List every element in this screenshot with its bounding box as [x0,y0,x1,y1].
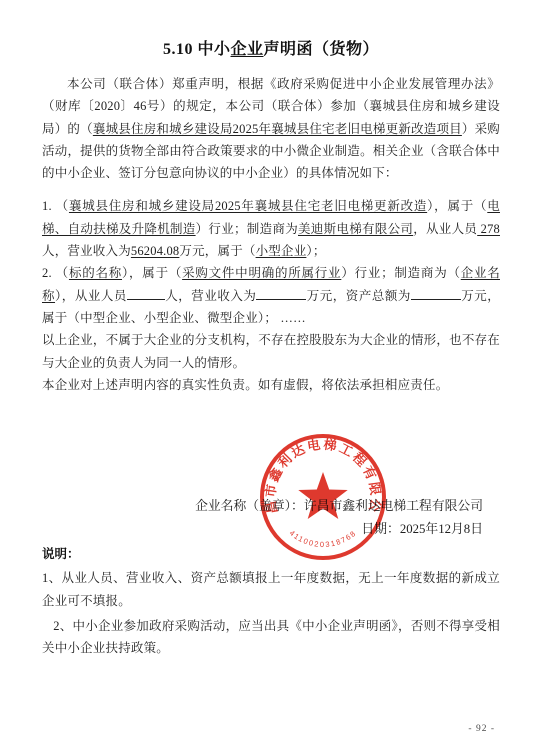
title-text-underlined: 企业 [230,41,263,58]
item1-text: 万元，属于（ [179,244,255,258]
no-large-enterprise-paragraph: 以上企业，不属于大企业的分支机构，不存在控股股东为大企业的情形，也不存在与大企业… [42,329,500,374]
item1-text: ，从业人员 [413,222,477,236]
item1-text: ），属于（ [427,199,487,213]
intro-paragraph: 本公司（联合体）郑重声明，根据《政府采购促进中小企业发展管理办法》（财库〔202… [42,73,500,184]
item2-industry-placeholder-underlined: 采购文件中明确的所属行业 [182,266,341,280]
enterprise-2-paragraph: 2. （标的名称），属于（采购文件中明确的所属行业）行业；制造商为（企业名称），… [42,262,500,329]
note-item-2: 2、中小企业参加政府采购活动，应当出具《中小企业声明函》，否则不得享受相关中小企… [42,615,500,660]
item2-text: ），从业人员 [55,289,127,303]
item2-text: ），属于（ [122,266,182,280]
item1-manufacturer-underlined: 美迪斯电梯有限公司 [298,222,413,236]
note-item-1: 1、从业人员、营业收入、资产总额填报上一年度数据，无上一年度数据的新成立企业可不… [42,567,500,612]
document-title: 5.10 中小企业声明函（货物） [42,40,500,60]
page-number: - 92 - [468,724,495,734]
title-text-post: 声明函（货物） [264,41,380,58]
company-name-value: 许昌市鑫利达电梯工程有限公司 [304,499,483,513]
item1-text: ）行业；制造商为 [196,222,298,236]
item2-text: ）行业；制造商为（ [341,266,460,280]
item1-text: 1. （ [42,199,69,213]
enterprise-1-paragraph: 1. （襄城县住房和城乡建设局2025年襄城县住宅老旧电梯更新改造），属于（电梯… [42,195,500,262]
notes-section: 说明： 1、从业人员、营业收入、资产总额填报上一年度数据，无上一年度数据的新成立… [42,543,500,659]
item1-text: 人，营业收入为 [42,244,131,258]
item2-subject-placeholder-underlined: 标的名称 [69,266,122,280]
company-name-line: 企业名称（盖章）：许昌市鑫利达电梯工程有限公司 [42,495,483,518]
item1-revenue-underlined: 56204.08 [131,244,179,258]
blank-field-assets [411,287,461,300]
item2-text: 2. （ [42,266,69,280]
item2-text: 人，营业收入为 [165,289,256,303]
item2-text: 万元，资产总额为 [306,289,411,303]
company-name-label: 企业名称（盖章）： [195,499,304,513]
item1-enterprise-type-underlined: 小型企业 [256,244,307,258]
responsibility-paragraph: 本企业对上述声明内容的真实性负责。如有虚假，将依法承担相应责任。 [42,374,500,396]
title-text-pre: 5.10 中小 [163,41,231,58]
signature-block: 企业名称（盖章）：许昌市鑫利达电梯工程有限公司 日期：2025年12月8日 [42,495,500,541]
blank-field-revenue [256,287,306,300]
project-name-underlined: 襄城县住房和城乡建设局2025年襄城县住宅老旧电梯更新改造项目 [93,122,462,136]
document-page: 5.10 中小企业声明函（货物） 本公司（联合体）郑重声明，根据《政府采购促进中… [0,0,541,753]
blank-field-staff [127,287,165,300]
item1-subject-underlined: 襄城县住房和城乡建设局2025年襄城县住宅老旧电梯更新改造 [69,199,427,213]
item1-text: ）； [306,244,325,258]
item1-staff-count-underlined: 278 [477,222,500,236]
date-line: 日期：2025年12月8日 [42,518,483,541]
notes-heading: 说明： [42,543,500,565]
